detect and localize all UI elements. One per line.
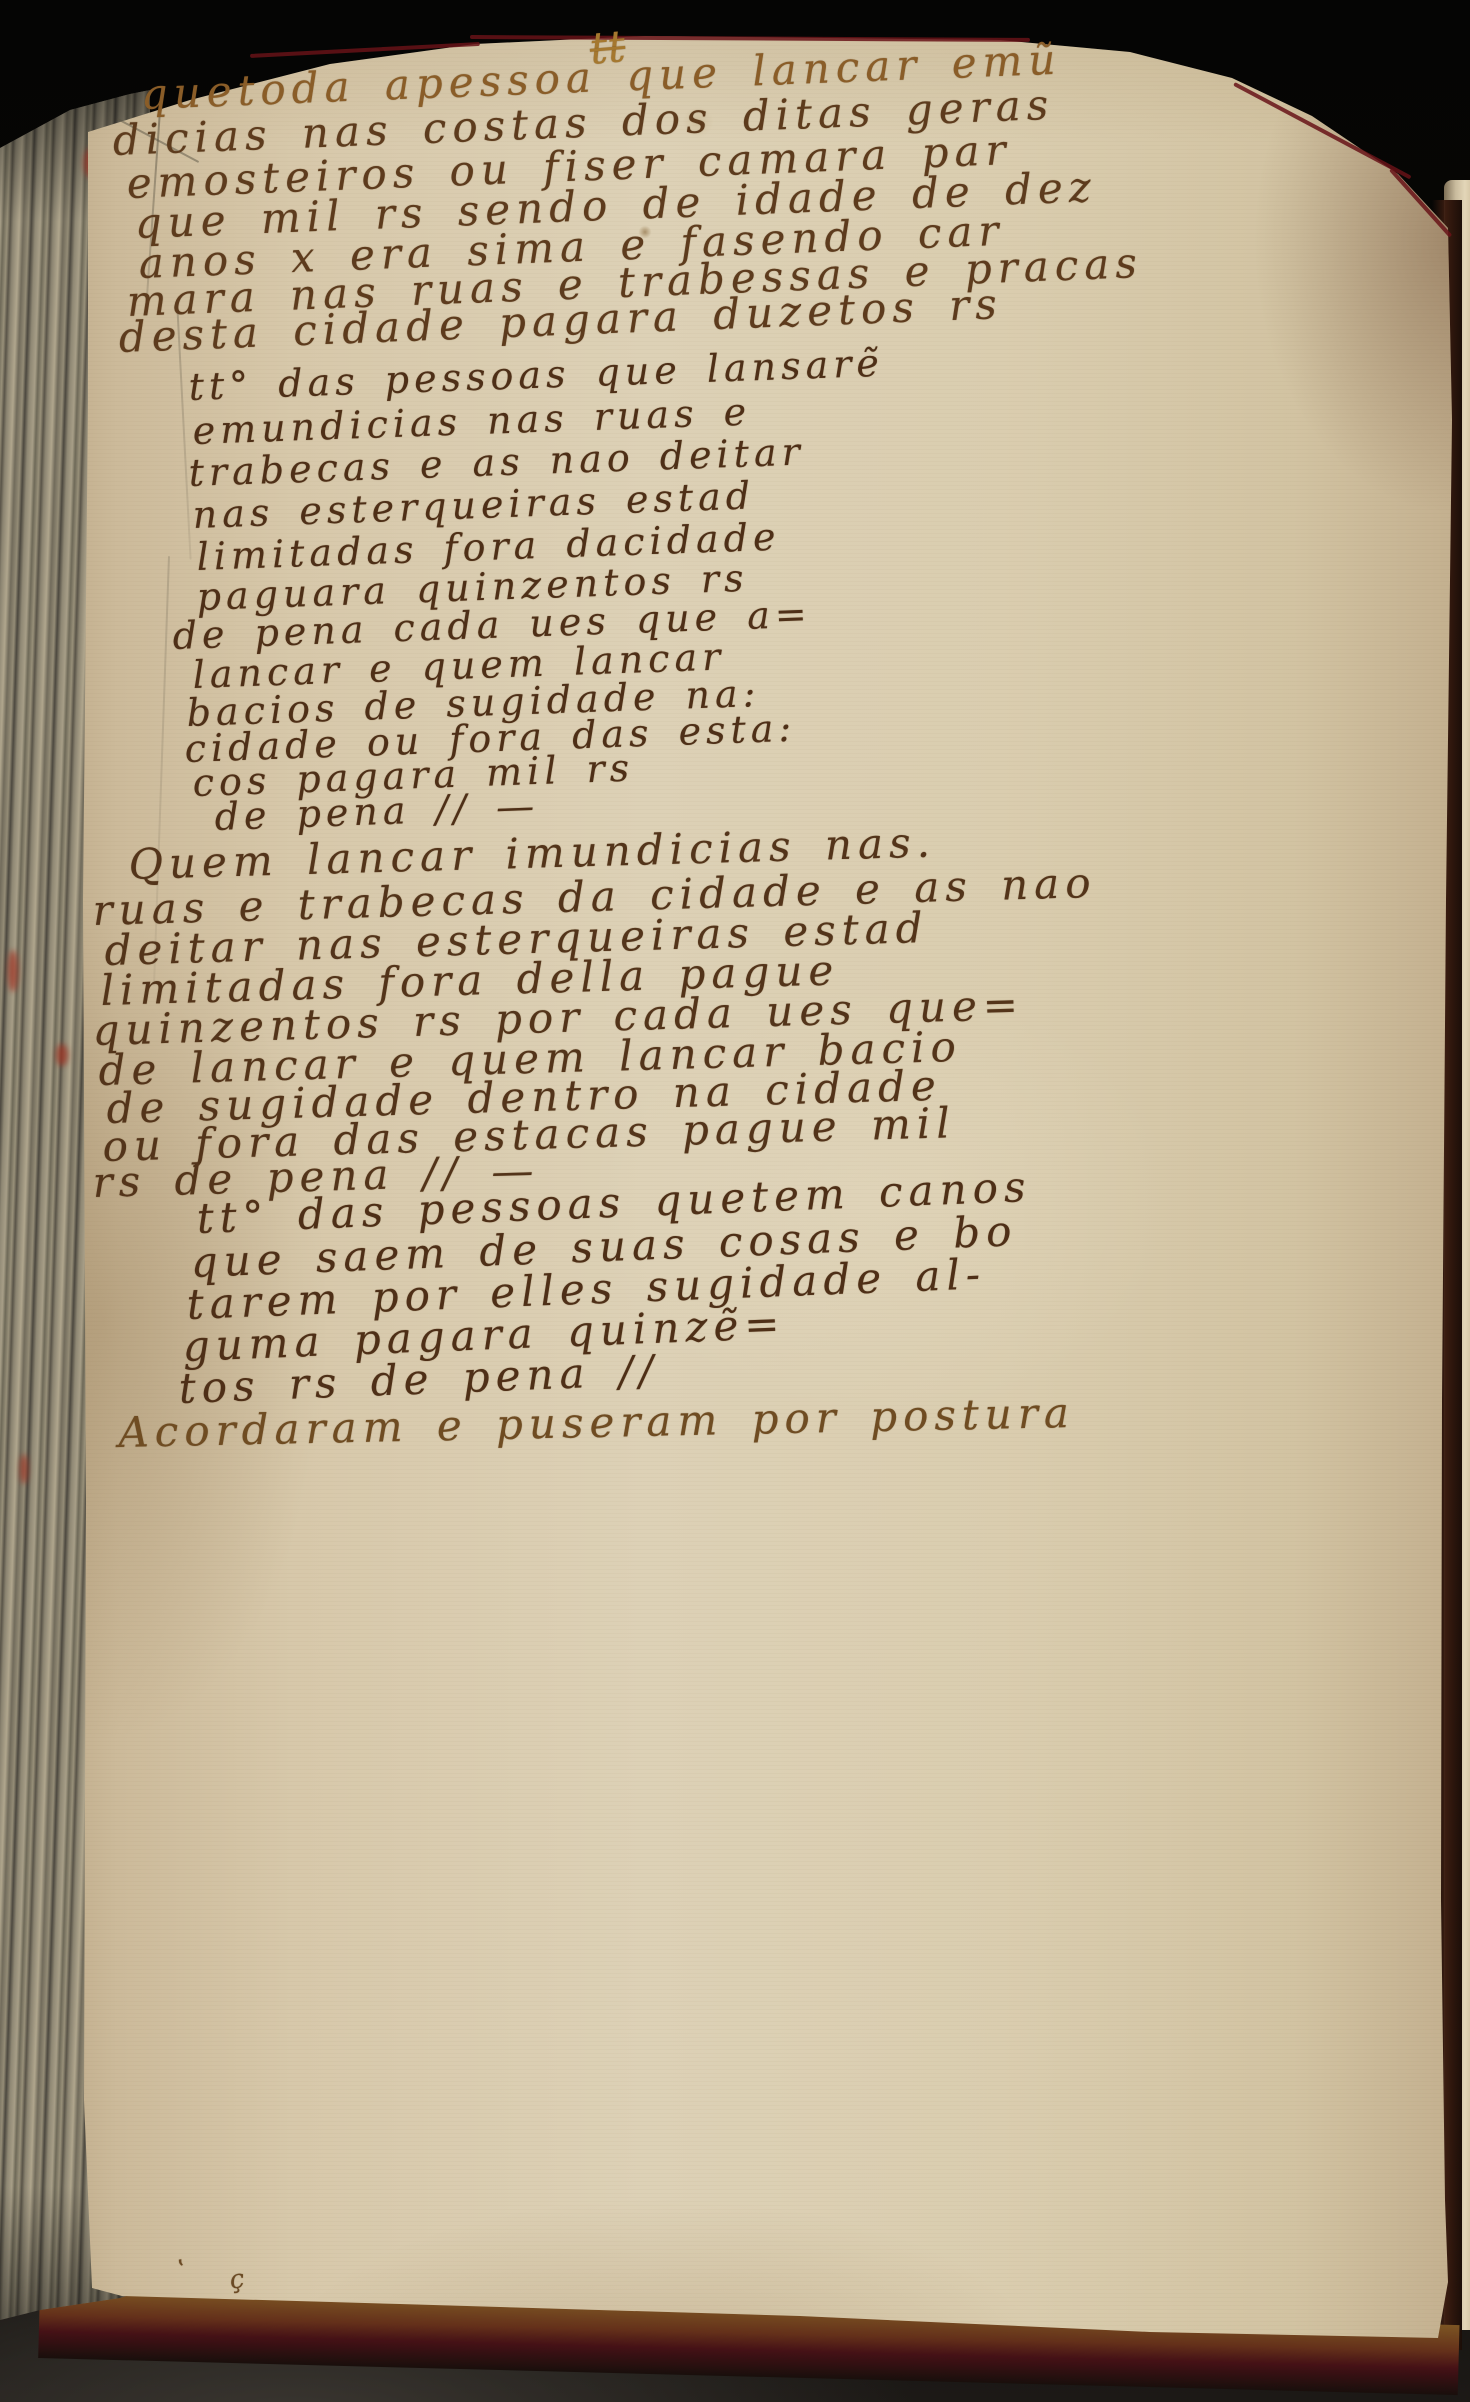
- red-stain: [8, 950, 18, 992]
- red-stain: [56, 1044, 68, 1066]
- red-stain: [20, 1454, 28, 1484]
- stray-ink-mark: ç: [228, 2266, 246, 2294]
- manuscript-photo: tt quetoda apessoa que lancar emũ dicias…: [0, 0, 1470, 2402]
- text-line: de pena // —: [214, 787, 540, 836]
